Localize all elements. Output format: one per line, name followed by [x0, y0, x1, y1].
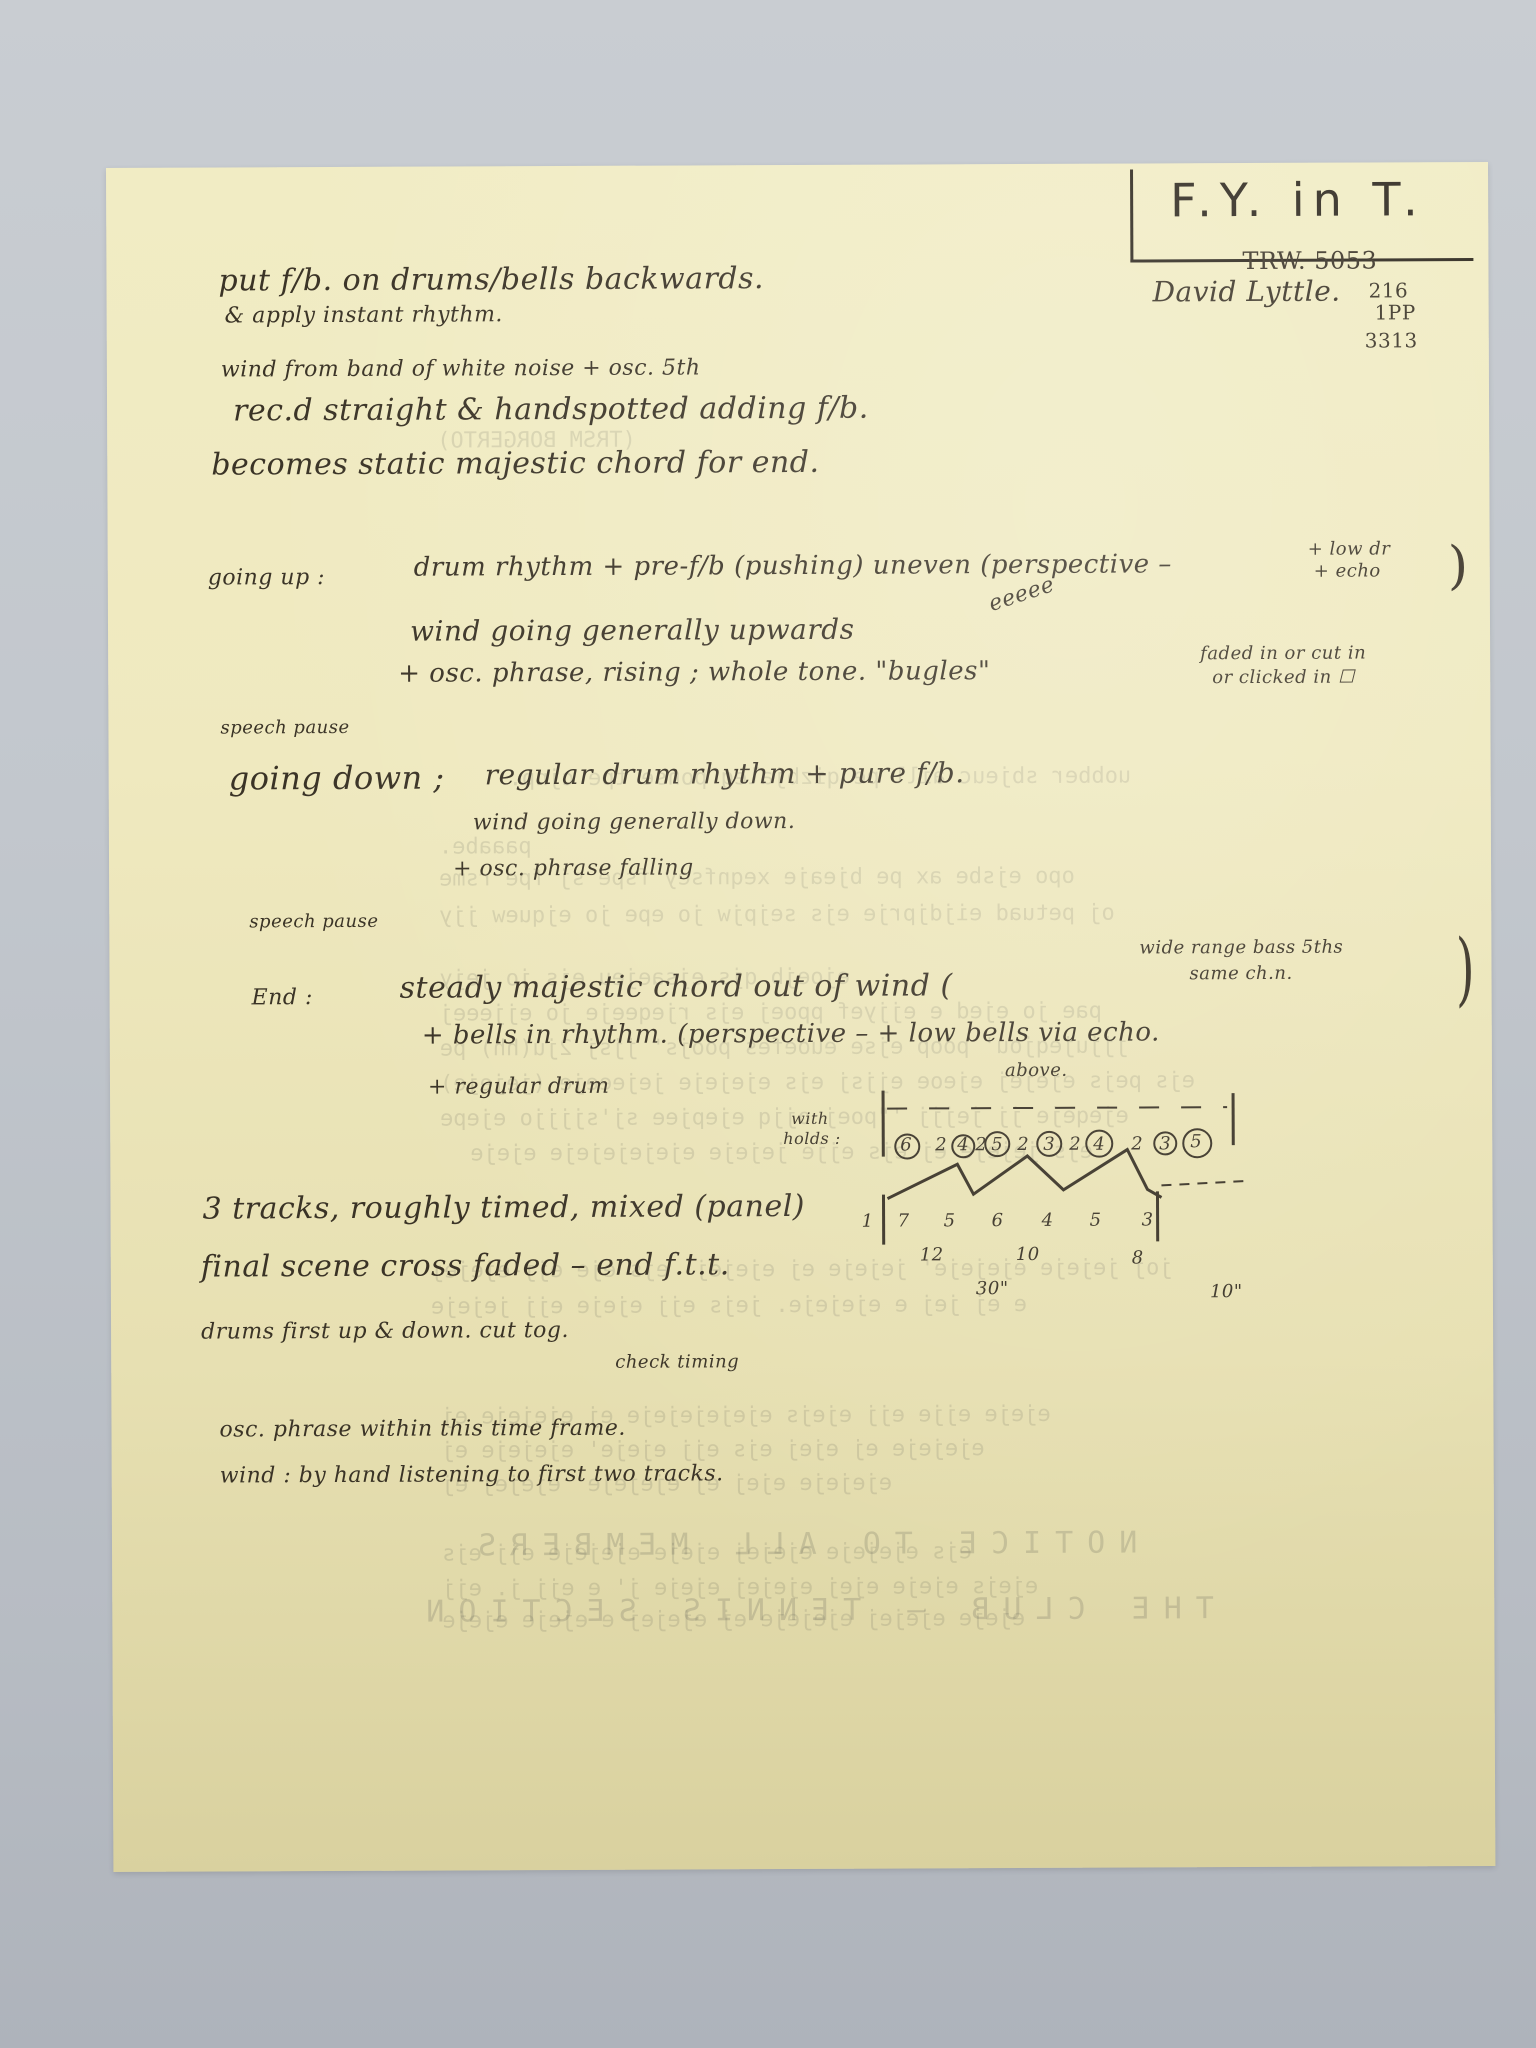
section-label-going-down: going down ; [229, 759, 445, 798]
diagram-sub-value: 12 [920, 1244, 944, 1265]
end-line: steady majestic chord out of wind ( [400, 968, 953, 1005]
diagram-top-value: 4 [957, 1134, 969, 1155]
show-through-text: oj petuad eijdjprje ejs sejpjw jo epe jo… [439, 901, 1115, 929]
diagram-top-value: 2 [975, 1134, 987, 1155]
diagram-top-value: 6 [900, 1134, 912, 1155]
closing-paren: ) [1448, 536, 1469, 596]
diagram-bottom-mark: 1 [862, 1211, 874, 1232]
note-line: & apply instant rhythm. [225, 302, 503, 328]
going-down-line: wind going generally down. [473, 809, 796, 835]
note-line: becomes static majestic chord for end. [211, 445, 819, 483]
footer-note: drums first up & down. cut tog. [201, 1318, 569, 1345]
manuscript-page: (TRSM BORGERTO) uobber sbjeuc aill pe qi… [106, 162, 1495, 1872]
going-down-line: regular drum rhythm + pure f/b. [485, 756, 965, 791]
end-line: + regular drum [428, 1074, 610, 1100]
zigzag-diagram-graphic [875, 1062, 1376, 1334]
diagram-bottom-value: 3 [1142, 1209, 1154, 1230]
diagram-top-value: 3 [1043, 1134, 1055, 1155]
diagram-sub-value: 8 [1132, 1247, 1144, 1268]
diagram-top-value: 2 [1131, 1133, 1143, 1154]
diagram-top-value: 3 [1159, 1133, 1171, 1154]
diagram-top-value: 5 [991, 1134, 1003, 1155]
end-line: + bells in rhythm. (perspective – + low … [422, 1017, 1160, 1050]
catalog-title: F.Y. in T. [1170, 172, 1426, 227]
section-label-end: End : [252, 985, 313, 1010]
note-line: rec.d straight & handspotted adding f/b. [233, 391, 869, 429]
diagram-bottom-value: 5 [1090, 1210, 1102, 1231]
diagram-bottom-value: 6 [992, 1210, 1004, 1231]
speech-pause-label: speech pause [220, 717, 349, 739]
diagram-top-value: 4 [1093, 1134, 1105, 1155]
end-aside: same ch.n. [1189, 963, 1292, 984]
catalog-number: 216 [1368, 278, 1408, 302]
going-up-line: drum rhythm + pre-f/b (pushing) uneven (… [414, 549, 1172, 582]
diagram-top-value: 2 [1069, 1134, 1081, 1155]
catalog-author: David Lyttle. [1152, 275, 1340, 309]
note-line: put f/b. on drums/bells backwards. [218, 261, 764, 298]
footer-note: check timing [615, 1351, 739, 1373]
show-through-heading: THE CLUB – TENNIS SECTION [412, 1591, 1214, 1629]
end-aside: wide range bass 5ths [1139, 937, 1343, 959]
footer-note: wind : by hand listening to first two tr… [220, 1461, 724, 1488]
diagram-bottom-value: 5 [944, 1210, 956, 1231]
diagram-right-note: 10" [1210, 1281, 1243, 1302]
diagram-top-value: 5 [1190, 1131, 1202, 1152]
catalog-reference: TRW. 5053 [1242, 246, 1377, 275]
diagram-sub-value: 10 [1016, 1244, 1040, 1265]
going-down-line: + osc. phrase falling [453, 855, 694, 881]
speech-pause-label: speech pause [249, 911, 378, 933]
section-label-going-up: going up : [208, 565, 325, 591]
diagram-side-label: holds : [783, 1129, 841, 1148]
diagram-side-label: with [791, 1109, 829, 1128]
going-up-aside: + echo [1314, 560, 1381, 581]
going-up-aside: + low dr [1308, 538, 1391, 559]
going-up-aside: faded in or cut in [1200, 643, 1366, 665]
diagram-top-value: 2 [935, 1134, 947, 1155]
diagram-bottom-value: 4 [1042, 1210, 1054, 1231]
going-up-line: + osc. phrase, rising ; whole tone. "bug… [398, 656, 990, 689]
note-line: wind from band of white noise + osc. 5th [221, 355, 701, 382]
timing-diagram: above. with holds : 6 2 4 2 5 2 3 2 4 2 … [875, 1062, 1376, 1334]
catalog-number: 1PP [1375, 300, 1416, 324]
closing-paren: ) [1456, 922, 1475, 1015]
footer-note: osc. phrase within this time frame. [219, 1416, 625, 1443]
going-up-aside: or clicked in ☐ [1212, 667, 1354, 689]
diagram-bottom-value: 7 [898, 1211, 910, 1232]
catalog-number: 3313 [1365, 328, 1418, 352]
diagram-total: 30" [976, 1278, 1009, 1299]
going-up-line: wind going generally upwards [410, 613, 855, 648]
diagram-top-value: 2 [1017, 1134, 1029, 1155]
footer-note: final scene cross faded – end f.t.t. [201, 1247, 730, 1284]
diagram-above-label: above. [1005, 1060, 1068, 1081]
show-through-heading: NOTICE TO ALL MEMBERS [464, 1526, 1137, 1564]
footer-note: 3 tracks, roughly timed, mixed (panel) [202, 1189, 805, 1227]
